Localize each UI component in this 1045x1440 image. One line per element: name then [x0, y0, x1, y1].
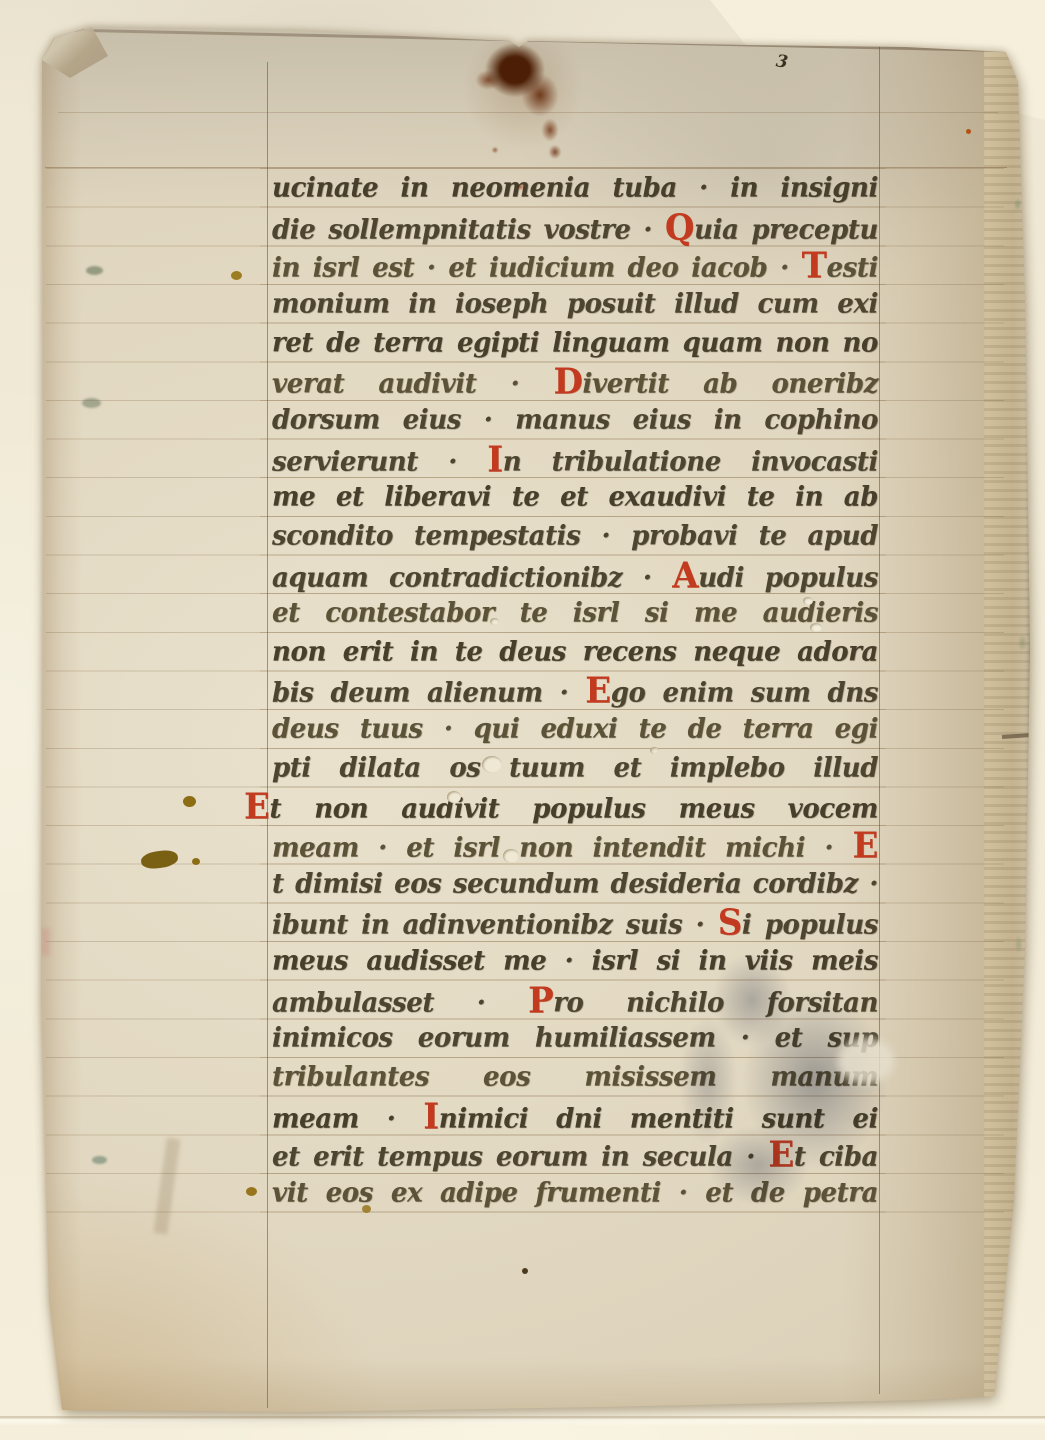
ink-speck [522, 1268, 528, 1274]
parchment-hole [490, 618, 499, 625]
text-segment: me et liberavi te et exaudivi te in ab [272, 482, 878, 513]
parchment-hole [503, 849, 519, 863]
manuscript-text-line: ret de terra egipti linguam quam non no [272, 323, 878, 363]
text-segment: udi populus [698, 562, 878, 593]
manuscript-text-line: pti dilata os tuum et implebo illud [272, 748, 878, 788]
text-segment: meam · et isrl non intendit michi · [272, 833, 852, 864]
graphite-smudge [640, 930, 950, 1230]
green-speck [92, 1156, 107, 1164]
manuscript-text-line: et contestabor te isrl si me audieris [272, 593, 878, 633]
text-segment: deus tuus · qui eduxi te de terra egi [272, 713, 878, 744]
manuscript-text-line: dorsum eius · manus eius in cophino [272, 400, 878, 440]
manuscript-text-line: aquam contradictionibz · Audi populus [272, 555, 878, 595]
parchment-hole [482, 756, 502, 773]
text-segment: ret de terra egipti linguam quam non no [272, 327, 878, 358]
text-segment: esti [827, 253, 878, 284]
text-segment: verat audivit · [272, 369, 553, 400]
text-segment: servierunt · [272, 446, 487, 477]
text-segment: ivertit ab oneribz [583, 369, 878, 400]
green-speck [82, 398, 101, 408]
text-segment: in isrl est · et iudicium deo iacob · [272, 253, 802, 284]
parchment-hole [650, 747, 659, 754]
manuscript-text-line: in isrl est · et iudicium deo iacob · Te… [272, 246, 878, 286]
text-segment: n tribulatione invocasti [503, 446, 878, 477]
parchment-hole [810, 623, 822, 632]
text-segment: pti dilata os tuum et implebo illud [272, 752, 878, 783]
text-segment: ambulasset · [272, 987, 528, 1018]
manuscript-text-line: bis deum alienum · Ego enim sum dns [272, 671, 878, 711]
manuscript-text-line: non erit in te deus recens neque adora [272, 632, 878, 672]
green-speck [86, 266, 103, 275]
text-segment: meam · [272, 1103, 423, 1134]
rubric-initial: A [672, 555, 698, 597]
manuscript-text-line: meam · et isrl non intendit michi · E [272, 825, 878, 865]
text-segment: bis deum alienum · [272, 678, 585, 709]
margin-line-left [267, 62, 268, 1408]
parchment-hole [447, 791, 461, 803]
text-segment: non erit in te deus recens neque adora [272, 636, 878, 667]
text-segment: et contestabor te isrl si me audieris [272, 598, 878, 629]
graphite-smudge-highlight [838, 1038, 894, 1084]
rubric-initial: E [852, 825, 878, 867]
rubric-initial: P [528, 980, 553, 1022]
rubric-initial: E [244, 787, 270, 829]
text-segment: scondito tempestatis · probavi te apud [272, 520, 878, 551]
rubric-initial: E [585, 671, 611, 713]
text-segment: aquam contradictionibz · [272, 562, 672, 593]
wax-drop [183, 796, 196, 807]
manuscript-photograph: 3 ucinate in neomenia tuba · in insignid… [0, 0, 1045, 1440]
text-segment: dorsum eius · manus eius in cophino [272, 404, 878, 435]
manuscript-page: 3 ucinate in neomenia tuba · in insignid… [0, 0, 1045, 1440]
pink-smear [40, 928, 50, 956]
wax-drop [231, 271, 242, 280]
rust-stain [455, 25, 625, 210]
text-segment: go enim sum dns [611, 678, 878, 709]
manuscript-text-line: servierunt · In tribulatione invocasti [272, 439, 878, 479]
manuscript-text-line: die sollempnitatis vostre · Quia precept… [272, 207, 878, 247]
wax-drop [362, 1205, 371, 1213]
wax-drop [246, 1187, 257, 1196]
parchment-leaf: 3 ucinate in neomenia tuba · in insignid… [0, 0, 1045, 1440]
manuscript-text-line: verat audivit · Divertit ab oneribz [272, 361, 878, 401]
rubric-initial: I [487, 439, 503, 481]
text-segment: uia preceptu [694, 214, 878, 245]
rubric-initial: D [553, 361, 582, 403]
text-segment: t dimisi eos secundum desideria cordibz … [272, 868, 878, 899]
wax-drop [192, 858, 200, 865]
manuscript-text-line: scondito tempestatis · probavi te apud [272, 516, 878, 556]
text-segment: die sollempnitatis vostre · [272, 214, 665, 245]
text-segment: t non audivit populus meus vocem [270, 794, 878, 825]
text-segment: monium in ioseph posuit illud cum exi [272, 288, 878, 319]
rubric-initial: Q [665, 207, 694, 249]
rubric-initial: I [423, 1096, 439, 1138]
rubric-initial: T [802, 246, 827, 288]
manuscript-text-line: Et non audivit populus meus vocem [272, 787, 878, 827]
manuscript-text-line: monium in ioseph posuit illud cum exi [272, 284, 878, 324]
rust-speck [966, 129, 971, 134]
manuscript-text-line: me et liberavi te et exaudivi te in ab [272, 477, 878, 517]
parchment-hole [803, 597, 813, 605]
manuscript-text-line: t dimisi eos secundum desideria cordibz … [272, 864, 878, 904]
manuscript-text-line: deus tuus · qui eduxi te de terra egi [272, 709, 878, 749]
